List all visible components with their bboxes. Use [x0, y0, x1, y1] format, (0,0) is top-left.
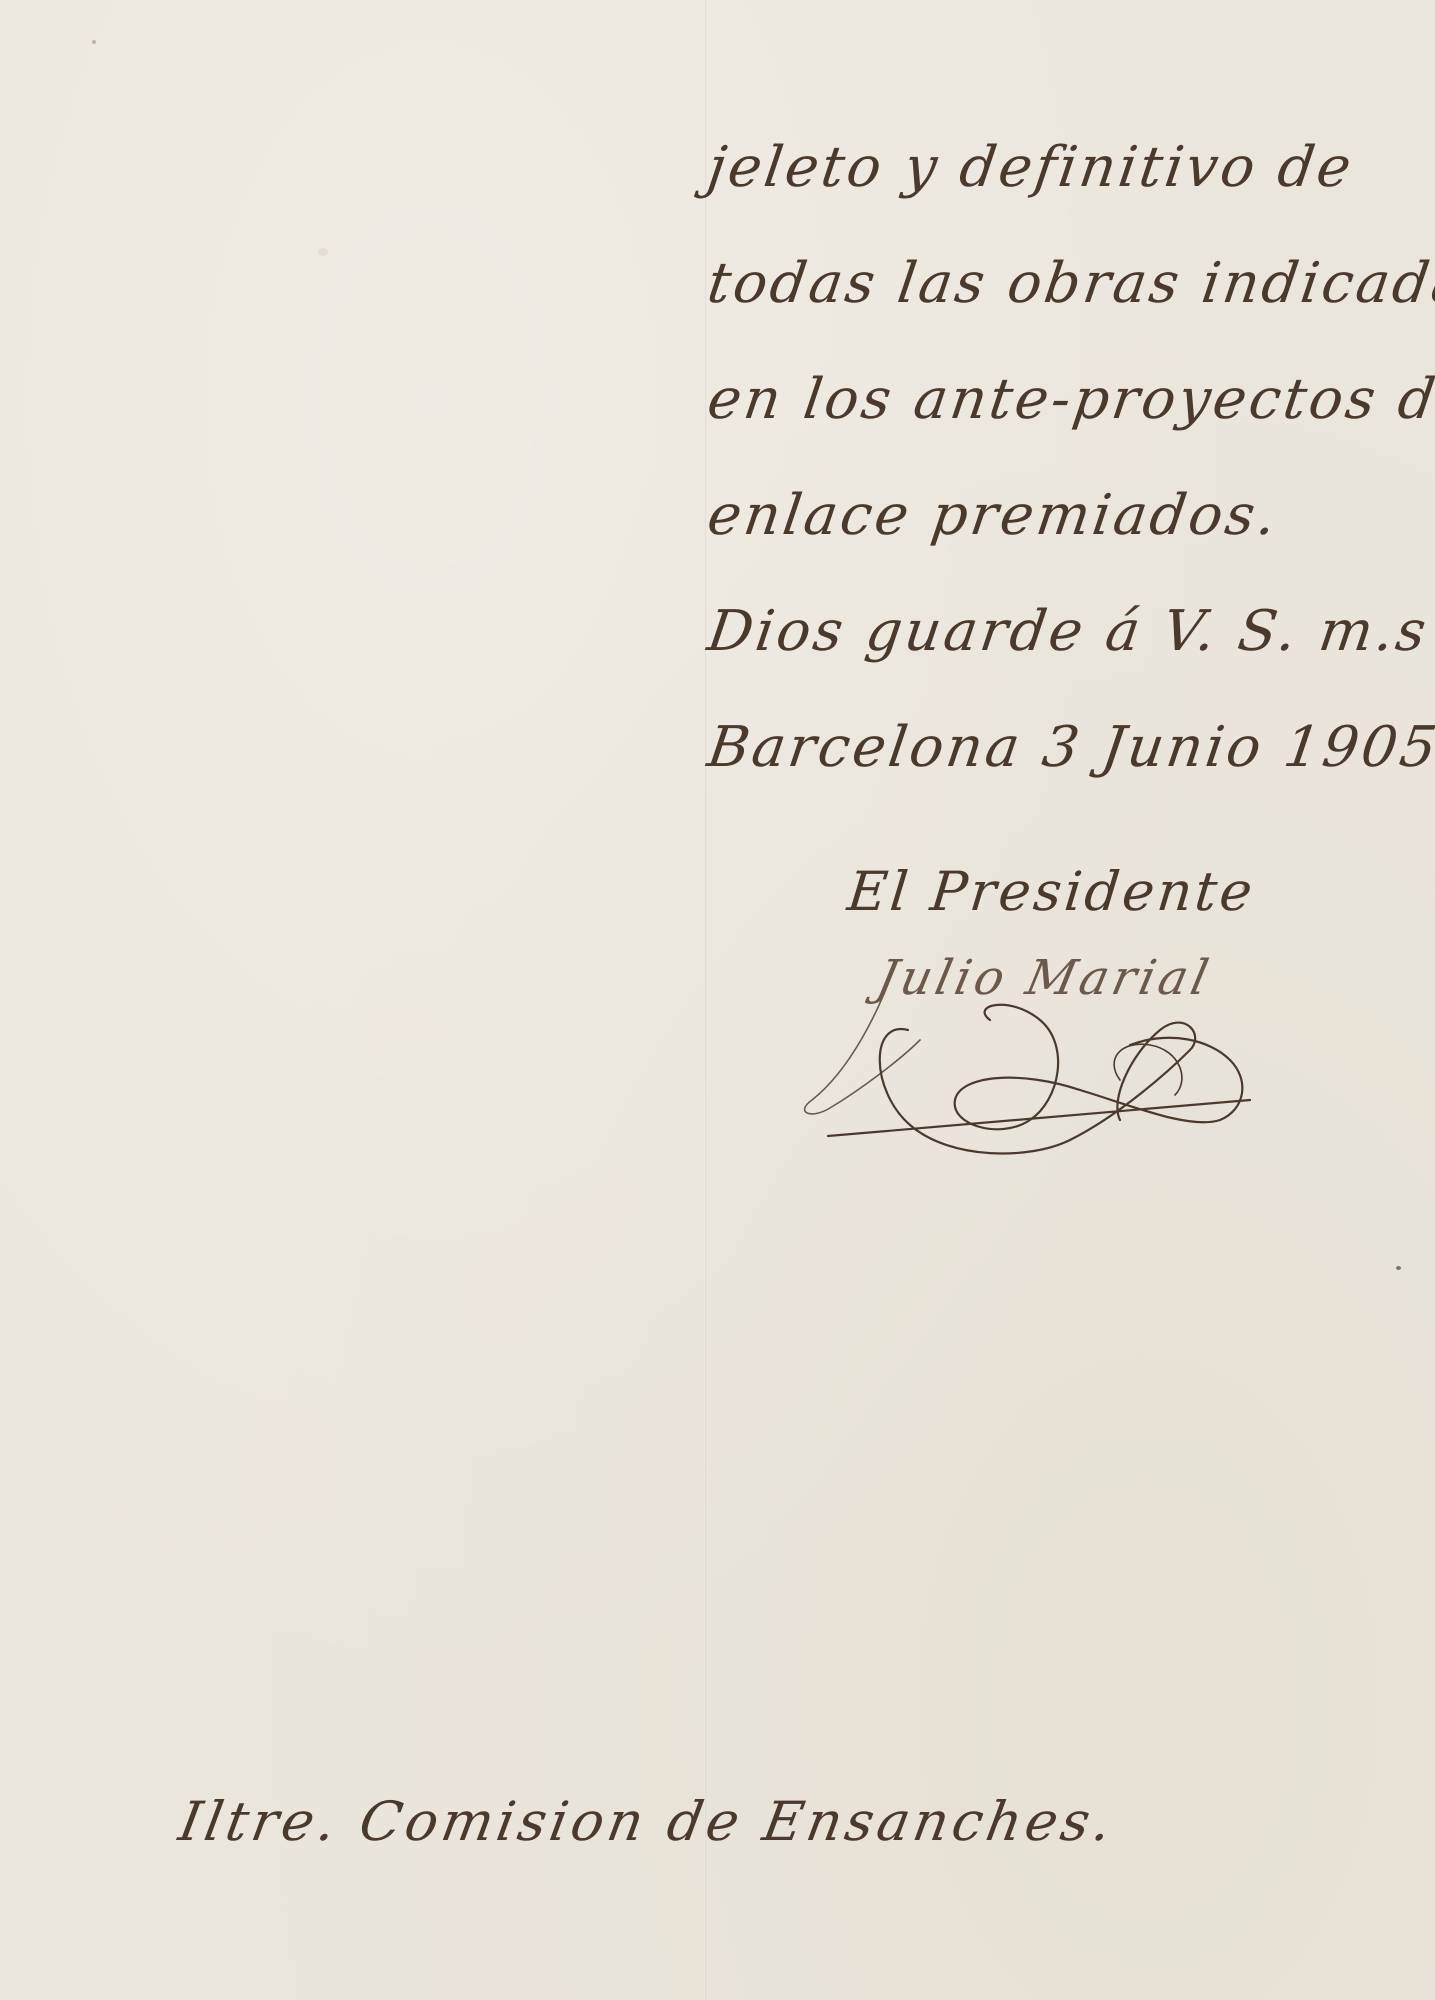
closing-title: El Presidente — [845, 860, 1259, 923]
signature-block: Julio Marial — [790, 950, 1270, 1160]
letter-body: jeleto y definitivo de todas las obras i… — [700, 110, 1410, 806]
body-line-3: en los ante-proyectos de — [700, 342, 1426, 458]
paper-speck — [92, 40, 96, 44]
salutation-line: Dios guarde á V. S. m.s a.s — [700, 574, 1426, 690]
date-line: Barcelona 3 Junio 1905. — [700, 690, 1426, 806]
addressee-line: Iltre. Comision de Ensanches. — [174, 1790, 1120, 1853]
letter-page: jeleto y definitivo de todas las obras i… — [0, 0, 1435, 2000]
paper-speck — [1396, 1266, 1401, 1270]
body-line-4: enlace premiados. — [700, 458, 1426, 574]
body-line-2: todas las obras indicadas — [700, 226, 1426, 342]
paper-speck — [318, 248, 328, 256]
body-line-1: jeleto y definitivo de — [700, 110, 1426, 226]
signature-flourish-icon — [790, 950, 1270, 1160]
